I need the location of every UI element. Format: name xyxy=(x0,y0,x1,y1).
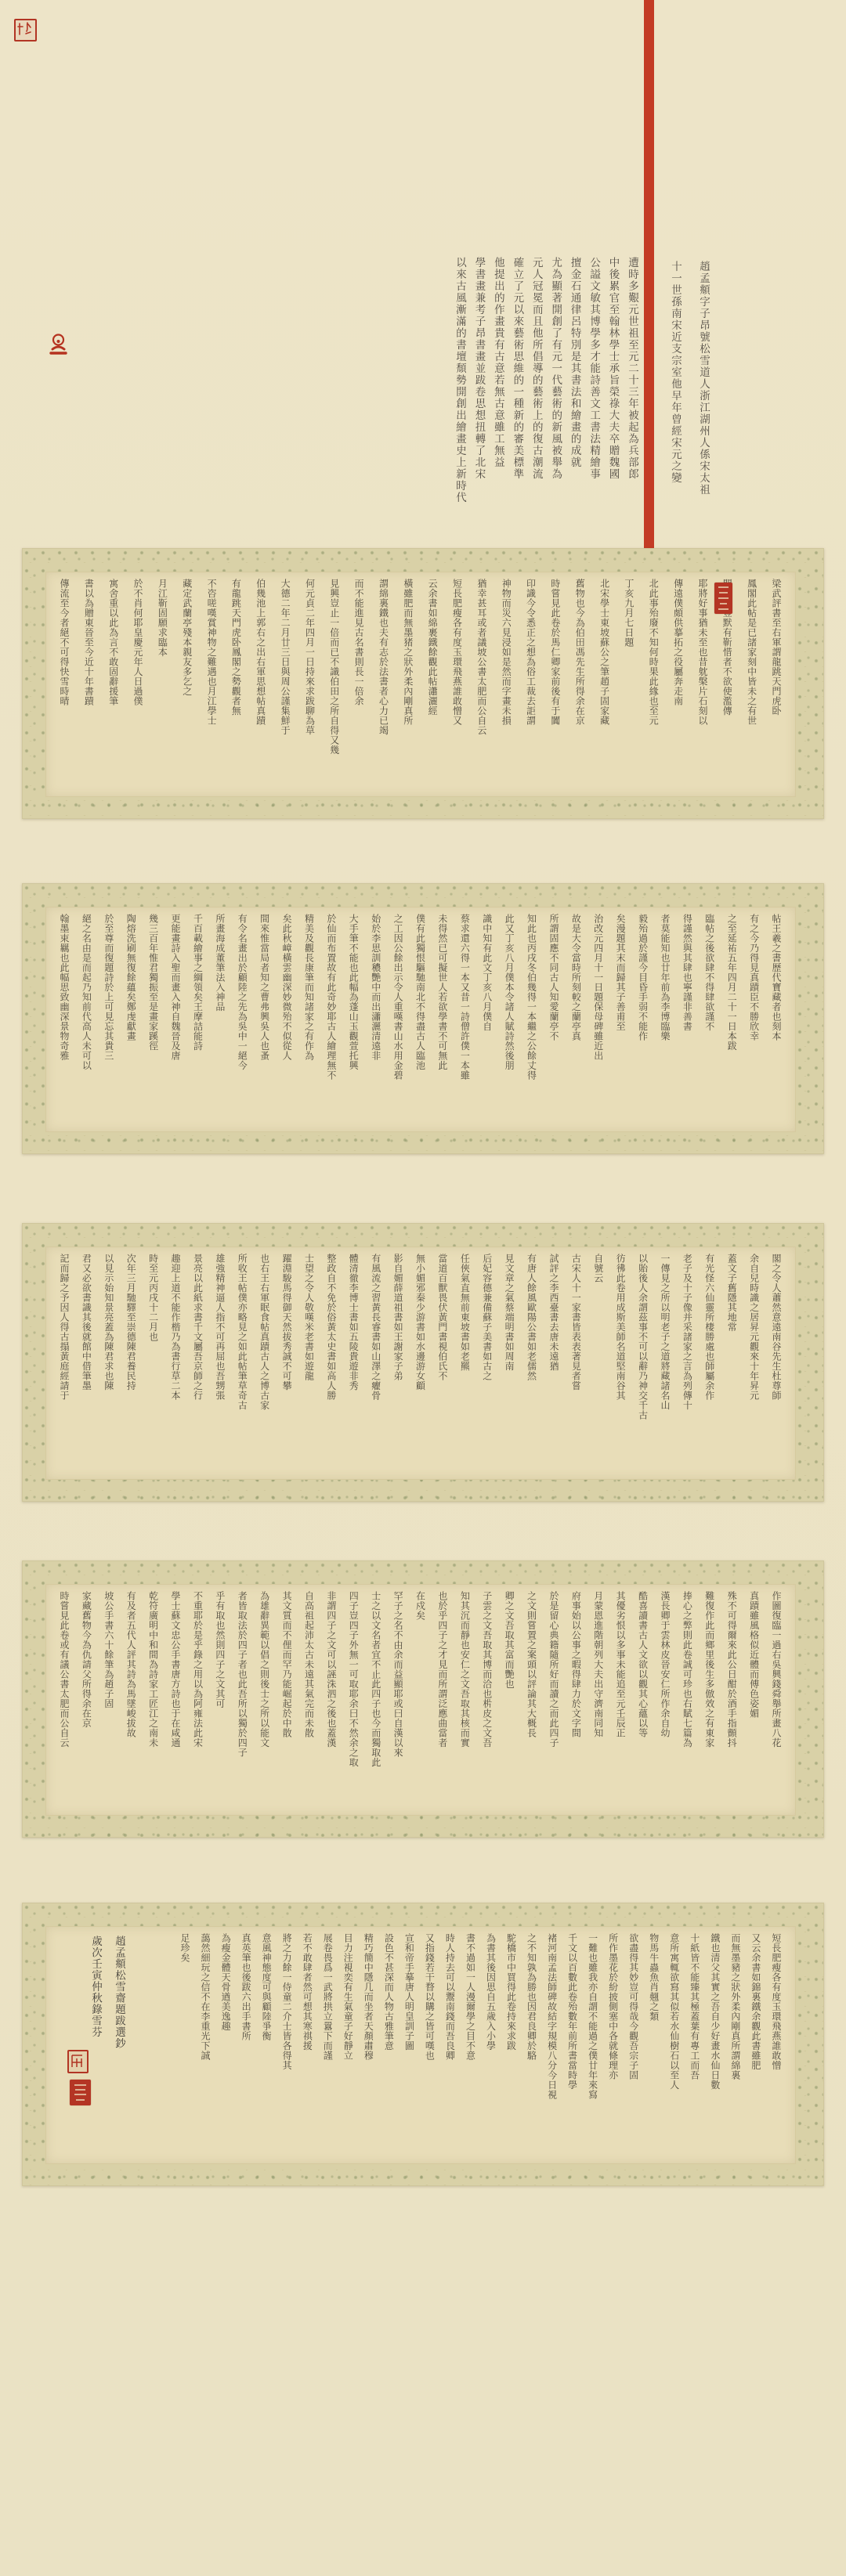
text-column: 捧心之弊則此卷誠可珍也右賦七篇為 xyxy=(681,1591,694,1810)
text-column: 乎有取也然則四子之文其可 xyxy=(214,1591,227,1810)
text-column: 蔡求還六得一本又昔一詩僧許僕一本雖 xyxy=(458,914,472,1127)
text-column: 之不知孰為勝也因君良卿於駱 xyxy=(526,1933,539,2159)
text-column: 所畫海成董筆法入神品 xyxy=(214,914,227,1127)
text-column: 時嘗見此卷或有議公書太肥而公自云 xyxy=(58,1591,71,1810)
text-column: 印識今令悉正之想為俗工裁去詎謂 xyxy=(525,579,538,792)
text-column: 若不敢肆者然可想其寒祺援 xyxy=(301,1933,314,2159)
inscription-right-block: 趙孟頫字子昂號松雪道人浙江湖州人係宋太祖十一世孫南宋近支宗室他早年曾經宋元之變 xyxy=(660,261,711,521)
text-column: 有令名畫出於顧陸之先為吳中一絕今 xyxy=(236,914,249,1127)
text-column: 識中知有此文丁亥八月僕自 xyxy=(481,914,494,1127)
text-column: 帖王羲之書歷代寶藏者也刻本 xyxy=(770,914,783,1127)
text-column: 中後累官至翰林學士承旨榮祿大夫卒贈魏國 xyxy=(606,257,621,523)
text-column: 任俠氣直無前東坡書如老羆 xyxy=(458,1254,472,1474)
panel-5-paper: 短長肥瘦各有度玉環飛燕誰敢憎又云余書如錦裏鐵余觀此書雖肥而無墨豬之狀外柔內剛真所… xyxy=(45,1926,796,2164)
text-column: 遭時多艱元世祖至元二十三年被起為兵部郎 xyxy=(624,257,640,523)
text-column: 其優劣恨以多事未能追至元壬辰正 xyxy=(614,1591,627,1810)
text-column: 而無墨豬之狀外柔內剛真所謂綿裏 xyxy=(729,1933,743,2159)
text-column: 罕子之名不由余而益顯耶或曰自漢以來 xyxy=(392,1591,405,1810)
text-column: 知其沉而靜也安仁之文吾取其核而實 xyxy=(458,1591,472,1810)
text-column: 傳遠僕頗供摹拓之役屬奔走南 xyxy=(672,579,685,792)
text-column: 矣漫題其末而歸其子善甫至 xyxy=(614,914,627,1127)
text-column: 躍淵駿馬得御天然拔秀誠不可攀 xyxy=(280,1254,294,1474)
text-column: 次年三月馳驛至崇德陳君養民持 xyxy=(125,1254,138,1474)
text-column: 見興豈止一倍而已不識伯田之所自得又幾 xyxy=(328,579,342,792)
text-column: 府事始以公事之暇得肆力於文字間 xyxy=(569,1591,583,1810)
text-column: 有唐人餘風歐陽公書如老儒然 xyxy=(526,1254,539,1474)
inscription-left-block: 遭時多艱元世祖至元二十三年被起為兵部郎中後累官至翰林學士承旨榮祿大夫卒贈魏國公謚… xyxy=(452,257,640,523)
text-column: 鳳閣此帖是已諸家刻中皆未之有世 xyxy=(746,579,759,792)
text-column: 古宋人十一家書皆表表著見者嘗 xyxy=(569,1254,583,1474)
colophon-panel-1: 梁武評書至右軍謂龍跳天門虎卧鳳閣此帖是已諸家刻中皆未之有世間神物豈默有靳惜者不欲… xyxy=(22,548,824,819)
text-column: 以見示始知景亮蓋為陳君求也陳 xyxy=(103,1254,116,1474)
text-column: 幾三百年惟君獨振至是畫家蹊徑 xyxy=(147,914,161,1127)
text-column: 不咨嗟嘆賞神物之難遇也月江學士 xyxy=(205,579,219,792)
text-column: 宣和帝手摹唐人明皇訓子圖 xyxy=(403,1933,416,2159)
text-column: 時嘗見此卷於馬仁卿家前後有于闐 xyxy=(549,579,562,792)
text-column: 所收王帖僕亦略見之如此帖筆草奇古 xyxy=(236,1254,249,1474)
text-column: 大德二年二月廿三日與周公謹集鮮于 xyxy=(279,579,292,792)
text-column: 藏定武蘭亭殘本親友多乞之 xyxy=(181,579,194,792)
text-column: 之至延祐五年四月二十一日本跋 xyxy=(725,914,739,1127)
text-column: 藹然細玩之信不在李重光下誠 xyxy=(199,1933,212,2159)
text-column: 確立了元以來藝術思維的一種新的審美標準 xyxy=(509,257,525,523)
text-column: 難復作此而鄉里後生多倣效之有東家 xyxy=(703,1591,717,1810)
text-column: 自高祖起沛太古未遠其氣完而未散 xyxy=(302,1591,316,1810)
text-column: 更能畫詩入聖而畫入神自魏晉及唐 xyxy=(169,914,183,1127)
text-column: 設色不甚深而人物古雅筆意 xyxy=(382,1933,396,2159)
text-column: 所謂固應不同古人知愛蘭亭不 xyxy=(548,914,561,1127)
text-column: 北宋學士東坡蘇公之筆趙子固家藏 xyxy=(598,579,612,792)
text-column: 無小媚邪秦少游書如水邊游女顧 xyxy=(414,1254,428,1474)
text-column: 試評之李西臺書去唐未遠猶 xyxy=(548,1254,561,1474)
text-column: 之文則嘗置之案頭以評論其大概長 xyxy=(526,1591,539,1810)
text-column: 也右王右軍眠食帖真蹟古人之博古家 xyxy=(258,1254,272,1474)
text-column: 卿之文吾取其富而艷也 xyxy=(503,1591,516,1810)
text-column: 丁亥九月七日題 xyxy=(623,579,636,792)
text-column: 千文以百數此卷殆數年前所書當時學 xyxy=(566,1933,580,2159)
text-column: 短長肥瘦各有度玉環飛燕誰敢憎又 xyxy=(451,579,465,792)
text-column: 而不能進見古名書則長一倍余 xyxy=(352,579,366,792)
text-column: 此又丁亥八月僕本令諸人賦詩然後朋 xyxy=(503,914,516,1127)
text-column: 治改元四月十一日題保母碑雖近出 xyxy=(592,914,606,1127)
text-column: 知此也丙戌冬伯幾得一本繼之公餘丈得 xyxy=(526,914,539,1127)
panel-1-paper: 梁武評書至右軍謂龍跳天門虎卧鳳閣此帖是已諸家刻中皆未之有世間神物豈默有靳惜者不欲… xyxy=(45,572,796,797)
text-column: 有風流之習黃長睿書如山澤之癯骨 xyxy=(370,1254,383,1474)
text-column: 不重耶於是乎錄之用以為阿雍法此宋 xyxy=(191,1591,204,1810)
text-column: 元人冠冕而且他所倡導的藝術上的復古潮流 xyxy=(529,257,544,523)
text-column: 為書其後因思自五歲入小學 xyxy=(484,1933,497,2159)
text-column: 神物而災六見浸如是然而字畫未損 xyxy=(500,579,513,792)
text-column: 何元貞二年四月一日持來求跋聊為草 xyxy=(303,579,316,792)
text-column: 物馬牛蟲魚肖翹之類 xyxy=(648,1933,661,2159)
text-column: 時至元丙戌十二月也 xyxy=(147,1254,161,1474)
text-column: 月蒙恩進階朝列大夫出守濟南同知 xyxy=(592,1591,606,1810)
text-column: 時人持去可以鬻南錢而吾良卿 xyxy=(443,1933,457,2159)
text-column: 者莫能知也廿年前為李博臨樂 xyxy=(659,914,672,1127)
text-column: 閣之令人蕭然意遠南谷先生杜尊師 xyxy=(770,1254,783,1474)
text-column: 得謹然與其肆也寧謹非善書 xyxy=(681,914,694,1127)
text-column: 以來古風漸滿的書壇頹勢開創出繪畫史上新時代 xyxy=(452,257,468,523)
text-column: 體清徹李博士書如五陵貴遊非秀 xyxy=(347,1254,360,1474)
panel-3-paper: 閣之令人蕭然意遠南谷先生杜尊師余自兒時識之居昇元觀來十年昇元蓋文子舊隱其地常有光… xyxy=(45,1247,796,1480)
text-column: 為瘦金體天骨遒美逸趣 xyxy=(219,1933,233,2159)
text-column: 十紙皆不能臻其極蓋葉有專工而吾 xyxy=(689,1933,702,2159)
text-column: 一傳見之所以明老子之道將藏諸名山 xyxy=(659,1254,672,1474)
text-column: 老子及十子像并采諸家之言為列傳十 xyxy=(681,1254,694,1474)
text-column: 趙孟頫松雪齋題跋選鈔 xyxy=(111,1936,127,2123)
text-column: 絕之名由是而起乃知前代高人未可以 xyxy=(80,914,93,1127)
text-column: 在戍矣 xyxy=(414,1591,428,1810)
solid-relief-seal-icon xyxy=(70,2080,91,2105)
text-column: 又指錢若干暓以購之皆可嘆也 xyxy=(423,1933,436,2159)
text-column: 又云余書如錦裏鐵余觀此書雖肥 xyxy=(750,1933,763,2159)
text-column: 子雲之文吾取其博而洽也㭊皮之文吾 xyxy=(481,1591,494,1810)
text-column: 未得然已可擬世人若欲學書不可無此 xyxy=(436,914,450,1127)
text-column: 十一世孫南宋近支宗室他早年曾經宋元之變 xyxy=(667,261,683,521)
colophon-panel-4: 作圖復臨一過右吳興錢舜舉所畫八花真蹟雖風格似近體而傅色姿媚殊不可得爾來此公日酣於… xyxy=(22,1560,824,1838)
text-column: 猶幸甚耳或者議坡公書太肥而公自云 xyxy=(475,579,489,792)
text-column: 景亮以此紙求書千文屬吾京師之行 xyxy=(191,1254,204,1474)
text-column: 謂綿裏鐵也夫有志於法書者心力已竭 xyxy=(377,579,390,792)
text-column: 尤為顯著開創了有元一代藝術的新風被舉為 xyxy=(548,257,563,523)
text-column: 鐵也清父其實之吾自少好畫水仙日數 xyxy=(709,1933,722,2159)
text-column: 其文質而不俚而罕乃能崛起於中散 xyxy=(280,1591,294,1810)
text-column: 耶將好事猶未至也昔躭槃片石刻以 xyxy=(696,579,710,792)
colophon-panel-3: 閣之令人蕭然意遠南谷先生杜尊師余自兒時識之居昇元觀來十年昇元蓋文子舊隱其地常有光… xyxy=(22,1223,824,1502)
text-column: 於仙而布置故有此奇妙耶古人繪理無不 xyxy=(325,914,338,1127)
scroll-background: { "colors": { "background": "#ece3c6", "… xyxy=(0,0,846,2576)
text-column: 漢長卿于雲林皮晉安仁所作余自幼 xyxy=(659,1591,672,1810)
text-column: 非謂四子之文可以誣洙泗之後也蓋漢 xyxy=(325,1591,338,1810)
text-column: 士望之令人敬嘆米老書如遊龍 xyxy=(302,1254,316,1474)
red-division-line xyxy=(644,0,654,553)
text-column: 之工因公餘出示令人重嘆書山水用金碧 xyxy=(392,914,405,1127)
text-column: 整政自不免於俗黃太史書如高人勝 xyxy=(325,1254,338,1474)
text-column: 書以為贈東晉至今近十年書蹟 xyxy=(82,579,96,792)
text-column: 彷彿此卷用成斯美師名道堅南谷其 xyxy=(614,1254,627,1474)
text-column: 學書畫兼考子昂書畫並跋卷思想扭轉了北宋 xyxy=(471,257,486,523)
text-column: 也於乎四子之才見而所謂泛應曲當者 xyxy=(436,1591,450,1810)
text-column: 精巧簡中隱几而坐者天顏肅穆 xyxy=(362,1933,375,2159)
text-column: 為雄辭異範以倡之則後士之所以能文 xyxy=(258,1591,272,1810)
text-column: 展卷畏爲一武將拱立囂下而謹 xyxy=(321,1933,334,2159)
text-column: 北此事殆廢不知何時果此緣也至元 xyxy=(647,579,660,792)
text-column: 足珍矣 xyxy=(179,1933,192,2159)
text-column: 擅金石通律呂特別是其書法和繪畫的成就 xyxy=(567,257,583,523)
text-column: 目力注視奕有生氣童子好靜立 xyxy=(342,1933,355,2159)
text-column: 千百載繪事之綱領矣王摩詰能詩 xyxy=(191,914,204,1127)
text-column: 當道百獸畏伏黃門書視伯氏不 xyxy=(436,1254,450,1474)
text-column: 精美及觀長康筆而知諸家之有作為 xyxy=(302,914,316,1127)
text-column: 有之今乃得見真蹟臣不勝欣幸 xyxy=(748,914,761,1127)
text-column: 君又必欲書識其後就館中借筆墨 xyxy=(80,1254,93,1474)
colophon-panel-5: 短長肥瘦各有度玉環飛燕誰敢憎又云余書如錦裏鐵余觀此書雖肥而無墨豬之狀外柔內剛真所… xyxy=(22,1903,824,2186)
text-column: 真英筆也後跋六出手書所 xyxy=(240,1933,253,2159)
text-column: 殊不可得爾來此公日酣於酒手指顫抖 xyxy=(725,1591,739,1810)
text-column: 書不過如一人漫爾學之目不意 xyxy=(464,1933,477,2159)
text-column: 故是大令當時所刻較之蘭亭真 xyxy=(569,914,583,1127)
text-column: 蓋文子舊隱其地常 xyxy=(725,1254,739,1474)
colophon-panel-2: 帖王羲之書歷代寶藏者也刻本有之今乃得見真蹟臣不勝欣幸之至延祐五年四月二十一日本跋… xyxy=(22,883,824,1154)
text-column: 公謚文敏其博學多才能詩善文工書法精繪事 xyxy=(586,257,602,523)
text-column: 傳流至今者絕不可得快雪時晴 xyxy=(58,579,71,792)
text-column: 於不肖何耶皇慶元年人日過僕 xyxy=(132,579,145,792)
text-column: 趣迎上道不能作楷乃為書行草二本 xyxy=(169,1254,183,1474)
text-column: 有及者五代人評其詩為馬墜峻拔故 xyxy=(125,1591,138,1810)
text-column: 乾符廣明中和間為詩家工匠江之南未 xyxy=(147,1591,161,1810)
text-column: 余自兒時識之居昇元觀來十年昇元 xyxy=(748,1254,761,1474)
text-column: 翰墨束羈也此幅思致幽深景物奇雅 xyxy=(58,914,71,1127)
text-column: 陶熔洗刷無復餘蘊矣鄭虔獻畫 xyxy=(125,914,138,1127)
text-column: 自號云 xyxy=(592,1254,606,1474)
text-column: 始於李思訓穠艷中而出瀟灑清遠非 xyxy=(370,914,383,1127)
text-column: 影自媚薛道祖書如王謝家子弟 xyxy=(392,1254,405,1474)
seated-buddha-seal-icon xyxy=(48,332,69,360)
text-column: 梁武評書至右軍謂龍跳天門虎卧 xyxy=(770,579,783,792)
text-column: 以貽後人余謂茲事不可以辭乃神交千古 xyxy=(637,1254,650,1474)
text-column: 作圖復臨一過右吳興錢舜舉所畫八花 xyxy=(770,1591,783,1810)
text-column: 雄強精神逼人指不可再屈也吾甥張 xyxy=(214,1254,227,1474)
text-column: 有光怪六仙靈所棲勝處也師屬余作 xyxy=(703,1254,717,1474)
text-column: 者皆取法於四子者也此吾所以獨於四子 xyxy=(236,1591,249,1810)
text-column: 趙孟頫字子昂號松雪道人浙江湖州人係宋太祖 xyxy=(696,261,711,521)
text-column: 寓舍重以此為言不敢固辭援筆 xyxy=(107,579,121,792)
square-collector-seal-icon xyxy=(14,19,37,41)
text-column: 褚河南孟法師碑故結字規模八分今日視 xyxy=(546,1933,559,2159)
text-column: 駝橋市中買得此卷持來求跋 xyxy=(505,1933,519,2159)
panel-2-paper: 帖王羲之書歷代寶藏者也刻本有之今乃得見真蹟臣不勝欣幸之至延祐五年四月二十一日本跋… xyxy=(45,907,796,1132)
text-column: 橫雖肥而無墨猪之狀外柔內剛真所 xyxy=(402,579,415,792)
text-column: 云余書如綿裹鐵餘觀此帖瀟灑經 xyxy=(426,579,439,792)
text-column: 大手筆不能也此幅為蓬山玉觀萱托興 xyxy=(347,914,360,1127)
text-column: 意所寓輒欲寫其似若水仙樹石以至人 xyxy=(668,1933,681,2159)
text-column: 於是留心典籍隨所好而讀之而此四子 xyxy=(548,1591,561,1810)
text-column: 矣此秋嶂橫雲幽深妙微殆不似從人 xyxy=(280,914,294,1127)
outline-intaglio-seal-icon xyxy=(67,2050,89,2073)
text-column: 坡公手書六十餘筆為趙子固 xyxy=(103,1591,116,1810)
text-column: 家藏舊物今為仇請父所得余在京 xyxy=(80,1591,93,1810)
text-column: 臨帖之後欲肆不得肆欲謹不 xyxy=(703,914,717,1127)
text-column: 四子豈四子外無一可取耶余曰不然余之取 xyxy=(347,1591,360,1810)
text-column: 短長肥瘦各有度玉環飛燕誰敢憎 xyxy=(770,1933,783,2159)
text-column: 學士蘇文忠公手書唐方詩也于在咸通 xyxy=(169,1591,183,1810)
text-column: 一難也雖我亦自謂不能過之僕廿年來寫 xyxy=(587,1933,600,2159)
text-column: 欲盡得其妙豈可得哉今觀吾宗子固 xyxy=(627,1933,641,2159)
text-column: 士之以文名者宜不止此四子也今而獨取此 xyxy=(370,1591,383,1810)
text-column: 酷喜讀書古人文欲以觀其心蘊以等 xyxy=(637,1591,650,1810)
panel-4-paper: 作圖復臨一過右吳興錢舜舉所畫八花真蹟雖風格似近體而傅色姿媚殊不可得爾來此公日酣於… xyxy=(45,1584,796,1816)
small-red-corner-seal-icon xyxy=(714,583,732,614)
text-column: 將之力餘一侍童二介士皆各得其 xyxy=(280,1933,294,2159)
text-column: 間來惟當局者知之曹弗興吳人也蚤 xyxy=(258,914,272,1127)
text-column: 記而歸之予因人得古搨黃庭經請于 xyxy=(58,1254,71,1474)
text-column: 月江靳固願求臨本 xyxy=(156,579,169,792)
text-column: 他提出的作畫貴有古意若無古意雖工無益 xyxy=(490,257,506,523)
text-column: 意風神態度可與顧陸爭衡 xyxy=(260,1933,273,2159)
text-column: 真蹟雖風格似近體而傅色姿媚 xyxy=(748,1591,761,1810)
text-column: 舊物也今為伯田馮先生所得余在京 xyxy=(573,579,587,792)
text-column: 后妃容德兼備蘇子美書如古之 xyxy=(481,1254,494,1474)
text-column: 毅殆過於謹今目昏手弱不能作 xyxy=(637,914,650,1127)
text-column: 僕有此獨恨驅馳南北不得盡古人臨池 xyxy=(414,914,428,1127)
text-column: 所作墨花於紛披側塞中各就條理亦 xyxy=(607,1933,620,2159)
text-column: 有龍跳天門虎卧鳳閣之勢觀者無 xyxy=(230,579,243,792)
text-column: 見文章之氣蔡端明書如周南 xyxy=(503,1254,516,1474)
text-column: 伯幾池上郭右之出右軍思想帖真蹟 xyxy=(255,579,268,792)
text-column: 於至尊而復題詩於上可見忘其貴三 xyxy=(103,914,116,1127)
